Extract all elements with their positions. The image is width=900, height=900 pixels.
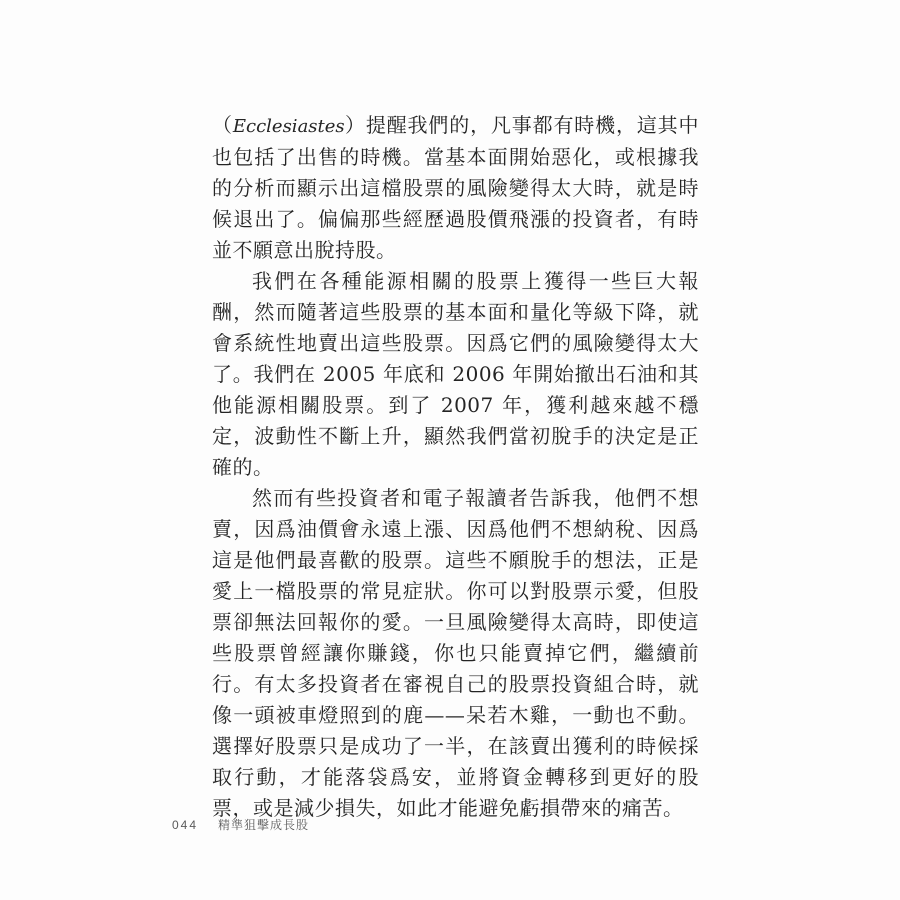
paragraph-1: （Ecclesiastes）提醒我們的，凡事都有時機，這其中也包括了出售的時機。… [212, 110, 699, 266]
page-number: 044 [172, 818, 198, 832]
page-footer: 044 精準狙擊成長股 [172, 816, 309, 833]
book-page: （Ecclesiastes）提醒我們的，凡事都有時機，這其中也包括了出售的時機。… [0, 0, 900, 900]
body-text-block: （Ecclesiastes）提醒我們的，凡事都有時機，這其中也包括了出售的時機。… [212, 110, 699, 824]
paragraph-3: 然而有些投資者和電子報讀者告訴我，他們不想賣，因爲油價會永遠上漲、因爲他們不想納… [212, 483, 699, 824]
paragraph-2: 我們在各種能源相關的股票上獲得一些巨大報酬，然而隨著這些股票的基本面和量化等級下… [212, 266, 699, 483]
ecclesiastes-italic-title: Ecclesiastes [233, 116, 345, 137]
running-book-title: 精準狙擊成長股 [218, 816, 309, 833]
paragraph-1-open-paren: （ [212, 113, 233, 137]
